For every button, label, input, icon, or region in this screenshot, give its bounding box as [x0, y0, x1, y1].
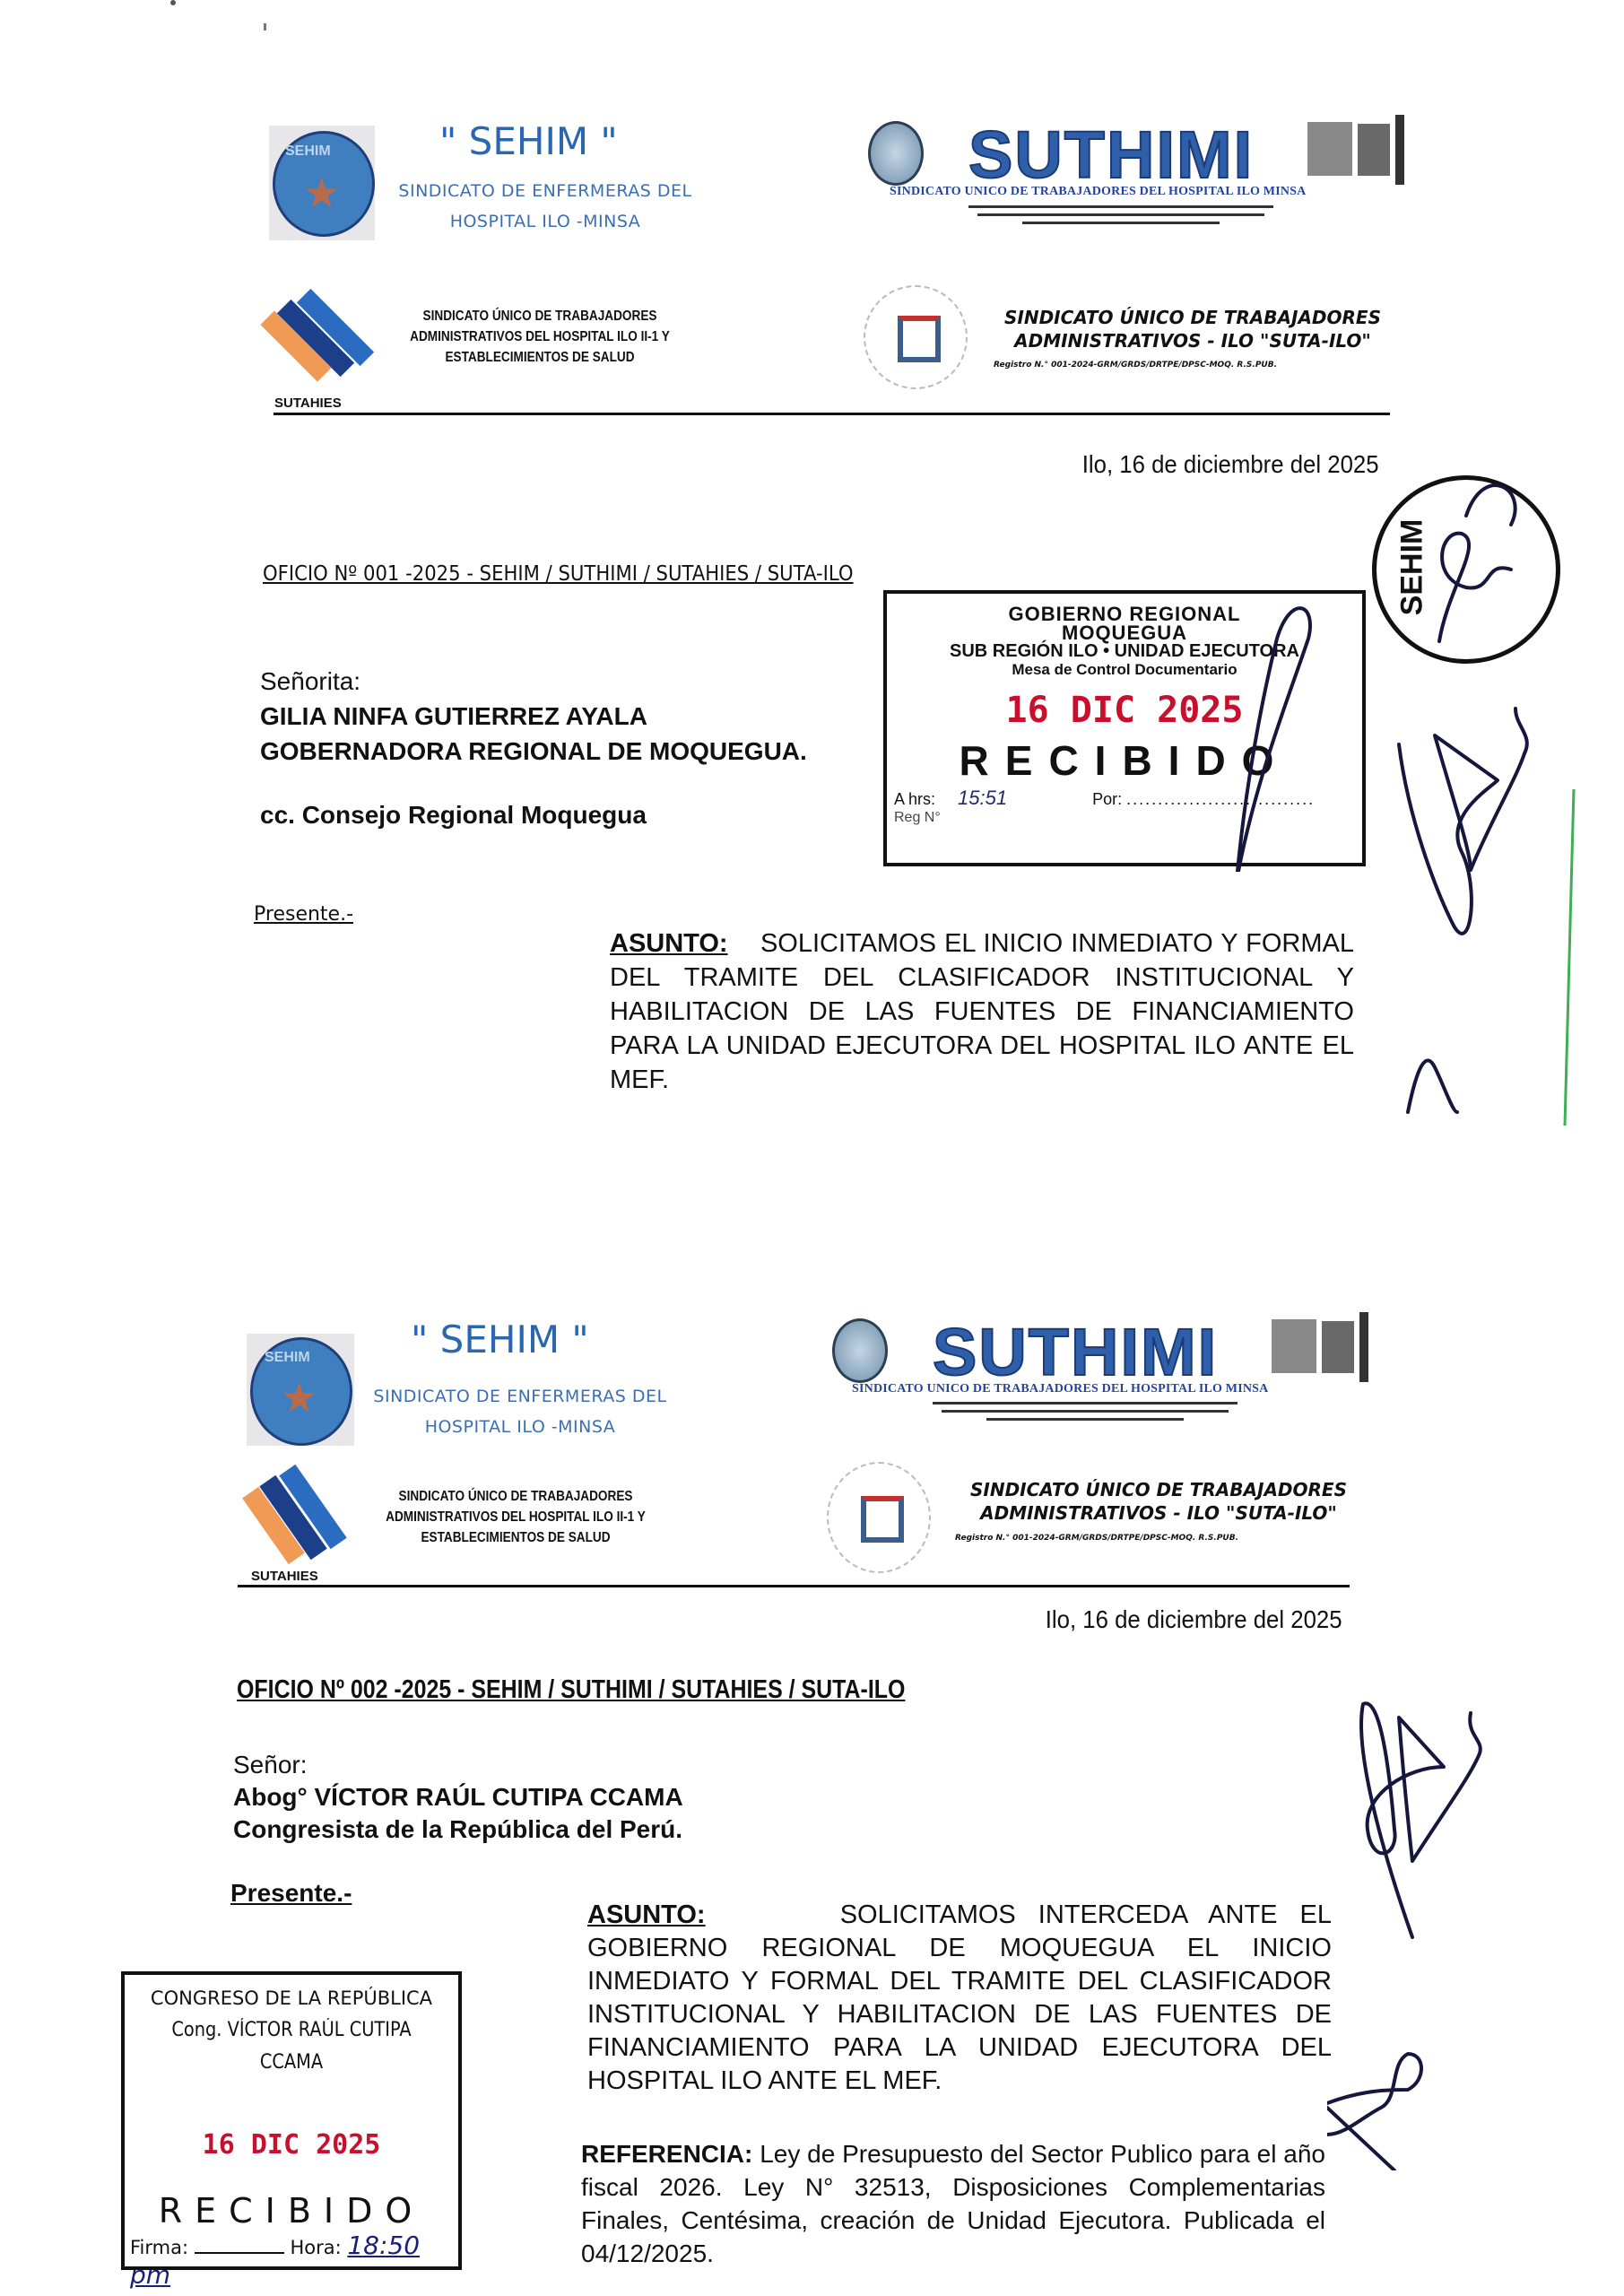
- salutation: Señorita:: [260, 664, 807, 699]
- suthimi-fineprint: [951, 203, 1291, 230]
- stamp-status: RECIBIDO: [125, 2191, 458, 2231]
- suthimi-emblem-icon: [832, 1318, 888, 1383]
- sutahies-logo: [274, 283, 372, 381]
- received-stamp-congreso: CONGRESO DE LA REPÚBLICA Cong. VÍCTOR RA…: [121, 1971, 462, 2270]
- recipient-title: Congresista de la República del Perú.: [233, 1813, 683, 1846]
- referencia-label: REFERENCIA:: [581, 2140, 752, 2168]
- oficio-number: OFICIO Nº 001 -2025 - SEHIM / SUTHIMI / …: [263, 562, 854, 586]
- sutahies-name: SINDICATO ÚNICO DE TRABAJADORES ADMINIST…: [387, 306, 692, 368]
- suthimi-fineprint: [915, 1399, 1255, 1426]
- sutahies-acronym: SUTAHIES: [251, 1569, 318, 1584]
- sehim-seal: SEHIM: [1372, 475, 1560, 664]
- suta-ilo-registro: Registro N.° 001-2024-GRM/GRDS/DRTPE/DPS…: [955, 1534, 1238, 1543]
- suta-ilo-logo: [864, 285, 968, 389]
- salutation: Señor:: [233, 1749, 683, 1781]
- sehim-subtitle: SINDICATO DE ENFERMERAS DEL HOSPITAL ILO…: [359, 1381, 682, 1442]
- sutahies-logo: [251, 1462, 350, 1561]
- recipient-block: Señorita: GILIA NINFA GUTIERREZ AYALA GO…: [260, 664, 807, 832]
- suthimi-title: SUTHIMI: [933, 1314, 1218, 1390]
- header-divider: [238, 1585, 1350, 1587]
- letter-date: Ilo, 16 de diciembre del 2025: [1046, 1605, 1342, 1634]
- sutahies-name: SINDICATO ÚNICO DE TRABAJADORES ADMINIST…: [363, 1486, 668, 1548]
- scan-speck: [264, 23, 266, 30]
- sehim-subtitle: SINDICATO DE ENFERMERAS DEL HOSPITAL ILO…: [384, 176, 707, 237]
- suthimi-subtitle: SINDICATO UNICO DE TRABAJADORES DEL HOSP…: [890, 185, 1306, 199]
- sehim-logo: SEHIM ★: [247, 1334, 354, 1446]
- caduceus-icon: [1272, 1312, 1379, 1382]
- letter-date: Ilo, 16 de diciembre del 2025: [1082, 450, 1379, 479]
- recipient-title: GOBERNADORA REGIONAL DE MOQUEGUA.: [260, 734, 807, 769]
- sehim-title: " SEHIM ": [411, 1318, 589, 1361]
- asunto-block: ASUNTO: SOLICITAMOS EL INICIO INMEDIATO …: [610, 926, 1354, 1097]
- asunto-text: SOLICITAMOS INTERCEDA ANTE EL GOBIERNO R…: [587, 1900, 1332, 2095]
- sehim-logo: SEHIM ★: [269, 126, 375, 240]
- suta-ilo-name: SINDICATO ÚNICO DE TRABAJADORES ADMINIST…: [986, 306, 1399, 352]
- handwritten-signature-icon: [1327, 1668, 1614, 2170]
- stamp-time: 15:51: [958, 787, 1007, 809]
- referencia-block: REFERENCIA: Ley de Presupuesto del Secto…: [581, 2137, 1325, 2270]
- suthimi-subtitle: SINDICATO UNICO DE TRABAJADORES DEL HOSP…: [852, 1382, 1268, 1396]
- asunto-label: ASUNTO:: [610, 929, 728, 958]
- suta-ilo-logo: [827, 1462, 931, 1573]
- caduceus-icon: [1307, 115, 1415, 185]
- star-icon: ★: [303, 169, 340, 217]
- nurse-signature-icon: [1376, 480, 1556, 659]
- asunto-label: ASUNTO:: [587, 1900, 706, 1929]
- presente: Presente.-: [230, 1879, 352, 1908]
- presente: Presente.-: [254, 903, 353, 926]
- stamp-signature-icon: [1183, 585, 1362, 872]
- received-stamp-gore: GOBIERNO REGIONAL MOQUEGUA SUB REGIÓN IL…: [883, 590, 1366, 866]
- suthimi-emblem-icon: [868, 121, 924, 186]
- recipient-name: Abog° VÍCTOR RAÚL CUTIPA CCAMA: [233, 1781, 683, 1813]
- handwritten-signature-icon: [1381, 691, 1614, 1157]
- suta-ilo-registro: Registro N.° 001-2024-GRM/GRDS/DRTPE/DPS…: [994, 361, 1277, 370]
- suthimi-title: SUTHIMI: [968, 117, 1254, 193]
- sutahies-acronym: SUTAHIES: [274, 396, 342, 411]
- sehim-title: " SEHIM ": [439, 119, 618, 163]
- suta-ilo-name: SINDICATO ÚNICO DE TRABAJADORES ADMINIST…: [952, 1478, 1365, 1525]
- recipient-name: GILIA NINFA GUTIERREZ AYALA: [260, 699, 807, 734]
- asunto-block: ASUNTO: SOLICITAMOS INTERCEDA ANTE EL GO…: [587, 1899, 1332, 2098]
- cc-line: cc. Consejo Regional Moquegua: [260, 797, 807, 832]
- stamp-date: 16 DIC 2025: [125, 2129, 458, 2161]
- recipient-block: Señor: Abog° VÍCTOR RAÚL CUTIPA CCAMA Co…: [233, 1749, 683, 1846]
- star-icon: ★: [281, 1373, 317, 1422]
- header-divider: [274, 413, 1390, 415]
- scan-speck: [170, 0, 176, 5]
- oficio-number: OFICIO Nº 002 -2025 - SEHIM / SUTHIMI / …: [237, 1675, 905, 1705]
